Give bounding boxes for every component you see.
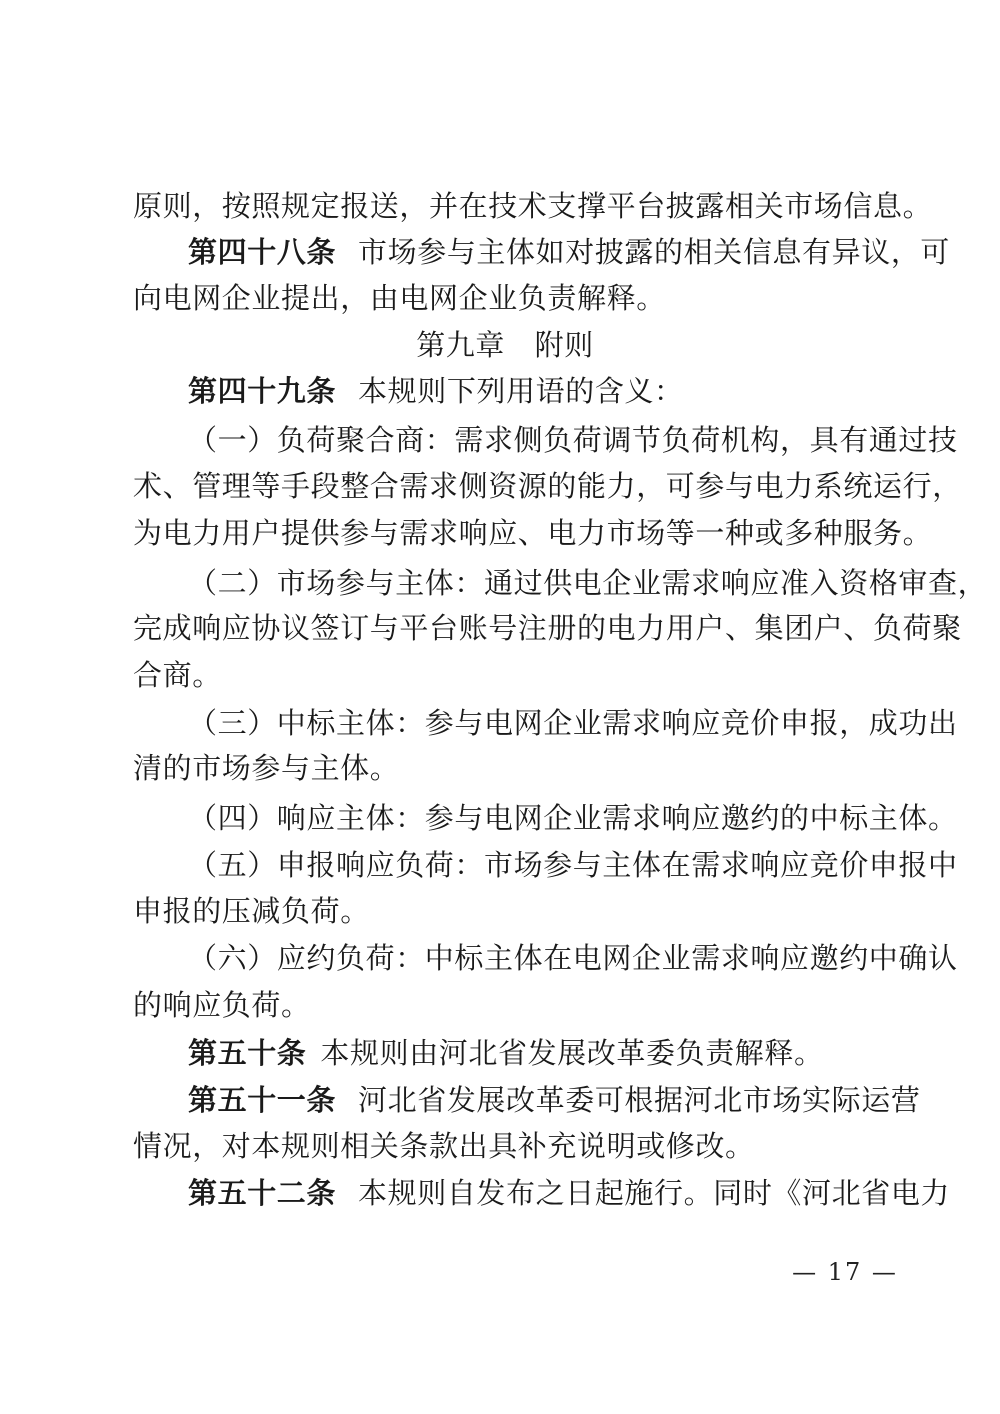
paragraph-line: 原则，按照规定报送，并在技术支撑平台披露相关市场信息。: [133, 183, 932, 229]
article-number: 第五十二条: [188, 1176, 336, 1210]
paragraph-line: 合商。: [133, 652, 222, 698]
article-number: 第四十九条: [188, 374, 336, 408]
paragraph-line: 清的市场参与主体。: [133, 745, 399, 791]
article-number: 第五十条: [188, 1036, 306, 1070]
definition-item-4: （四）响应主体：参与电网企业需求响应邀约的中标主体。: [188, 795, 958, 841]
article-number: 第四十八条: [188, 235, 336, 269]
article-text: 本规则自发布之日起施行。同时《河北省电力: [358, 1176, 950, 1210]
definition-item-2: （二）市场参与主体：通过供电企业需求响应准入资格审查，: [188, 560, 987, 606]
page-number: — 17 —: [790, 1258, 900, 1286]
article-51: 第五十一条河北省发展改革委可根据河北市场实际运营: [188, 1077, 920, 1123]
chapter-heading: 第九章 附则: [0, 322, 1000, 368]
article-48: 第四十八条市场参与主体如对披露的相关信息有异议，可: [188, 229, 950, 275]
document-page: 原则，按照规定报送，并在技术支撑平台披露相关市场信息。 第四十八条市场参与主体如…: [0, 0, 1000, 1414]
definition-item-3: （三）中标主体：参与电网企业需求响应竞价申报，成功出: [188, 700, 958, 746]
article-49: 第四十九条本规则下列用语的含义：: [188, 368, 684, 414]
paragraph-line: 的响应负荷。: [133, 982, 311, 1028]
article-50: 第五十条本规则由河北省发展改革委负责解释。: [188, 1030, 824, 1076]
paragraph-line: 向电网企业提出，由电网企业负责解释。: [133, 275, 666, 321]
definition-item-6: （六）应约负荷：中标主体在电网企业需求响应邀约中确认: [188, 935, 958, 981]
article-text: 河北省发展改革委可根据河北市场实际运营: [358, 1083, 920, 1117]
paragraph-line: 申报的压减负荷。: [133, 888, 370, 934]
article-text: 本规则由河北省发展改革委负责解释。: [320, 1036, 823, 1070]
article-number: 第五十一条: [188, 1083, 336, 1117]
article-text: 本规则下列用语的含义：: [358, 374, 684, 408]
article-52: 第五十二条本规则自发布之日起施行。同时《河北省电力: [188, 1170, 950, 1216]
paragraph-line: 完成响应协议签订与平台账号注册的电力用户、集团户、负荷聚: [133, 605, 962, 651]
definition-item-5: （五）申报响应负荷：市场参与主体在需求响应竞价申报中: [188, 842, 958, 888]
article-text: 市场参与主体如对披露的相关信息有异议，可: [358, 235, 950, 269]
paragraph-line: 术、管理等手段整合需求侧资源的能力，可参与电力系统运行，: [133, 463, 962, 509]
paragraph-line: 情况，对本规则相关条款出具补充说明或修改。: [133, 1123, 755, 1169]
paragraph-line: 为电力用户提供参与需求响应、电力市场等一种或多种服务。: [133, 510, 932, 556]
definition-item-1: （一）负荷聚合商：需求侧负荷调节负荷机构，具有通过技: [188, 417, 958, 463]
